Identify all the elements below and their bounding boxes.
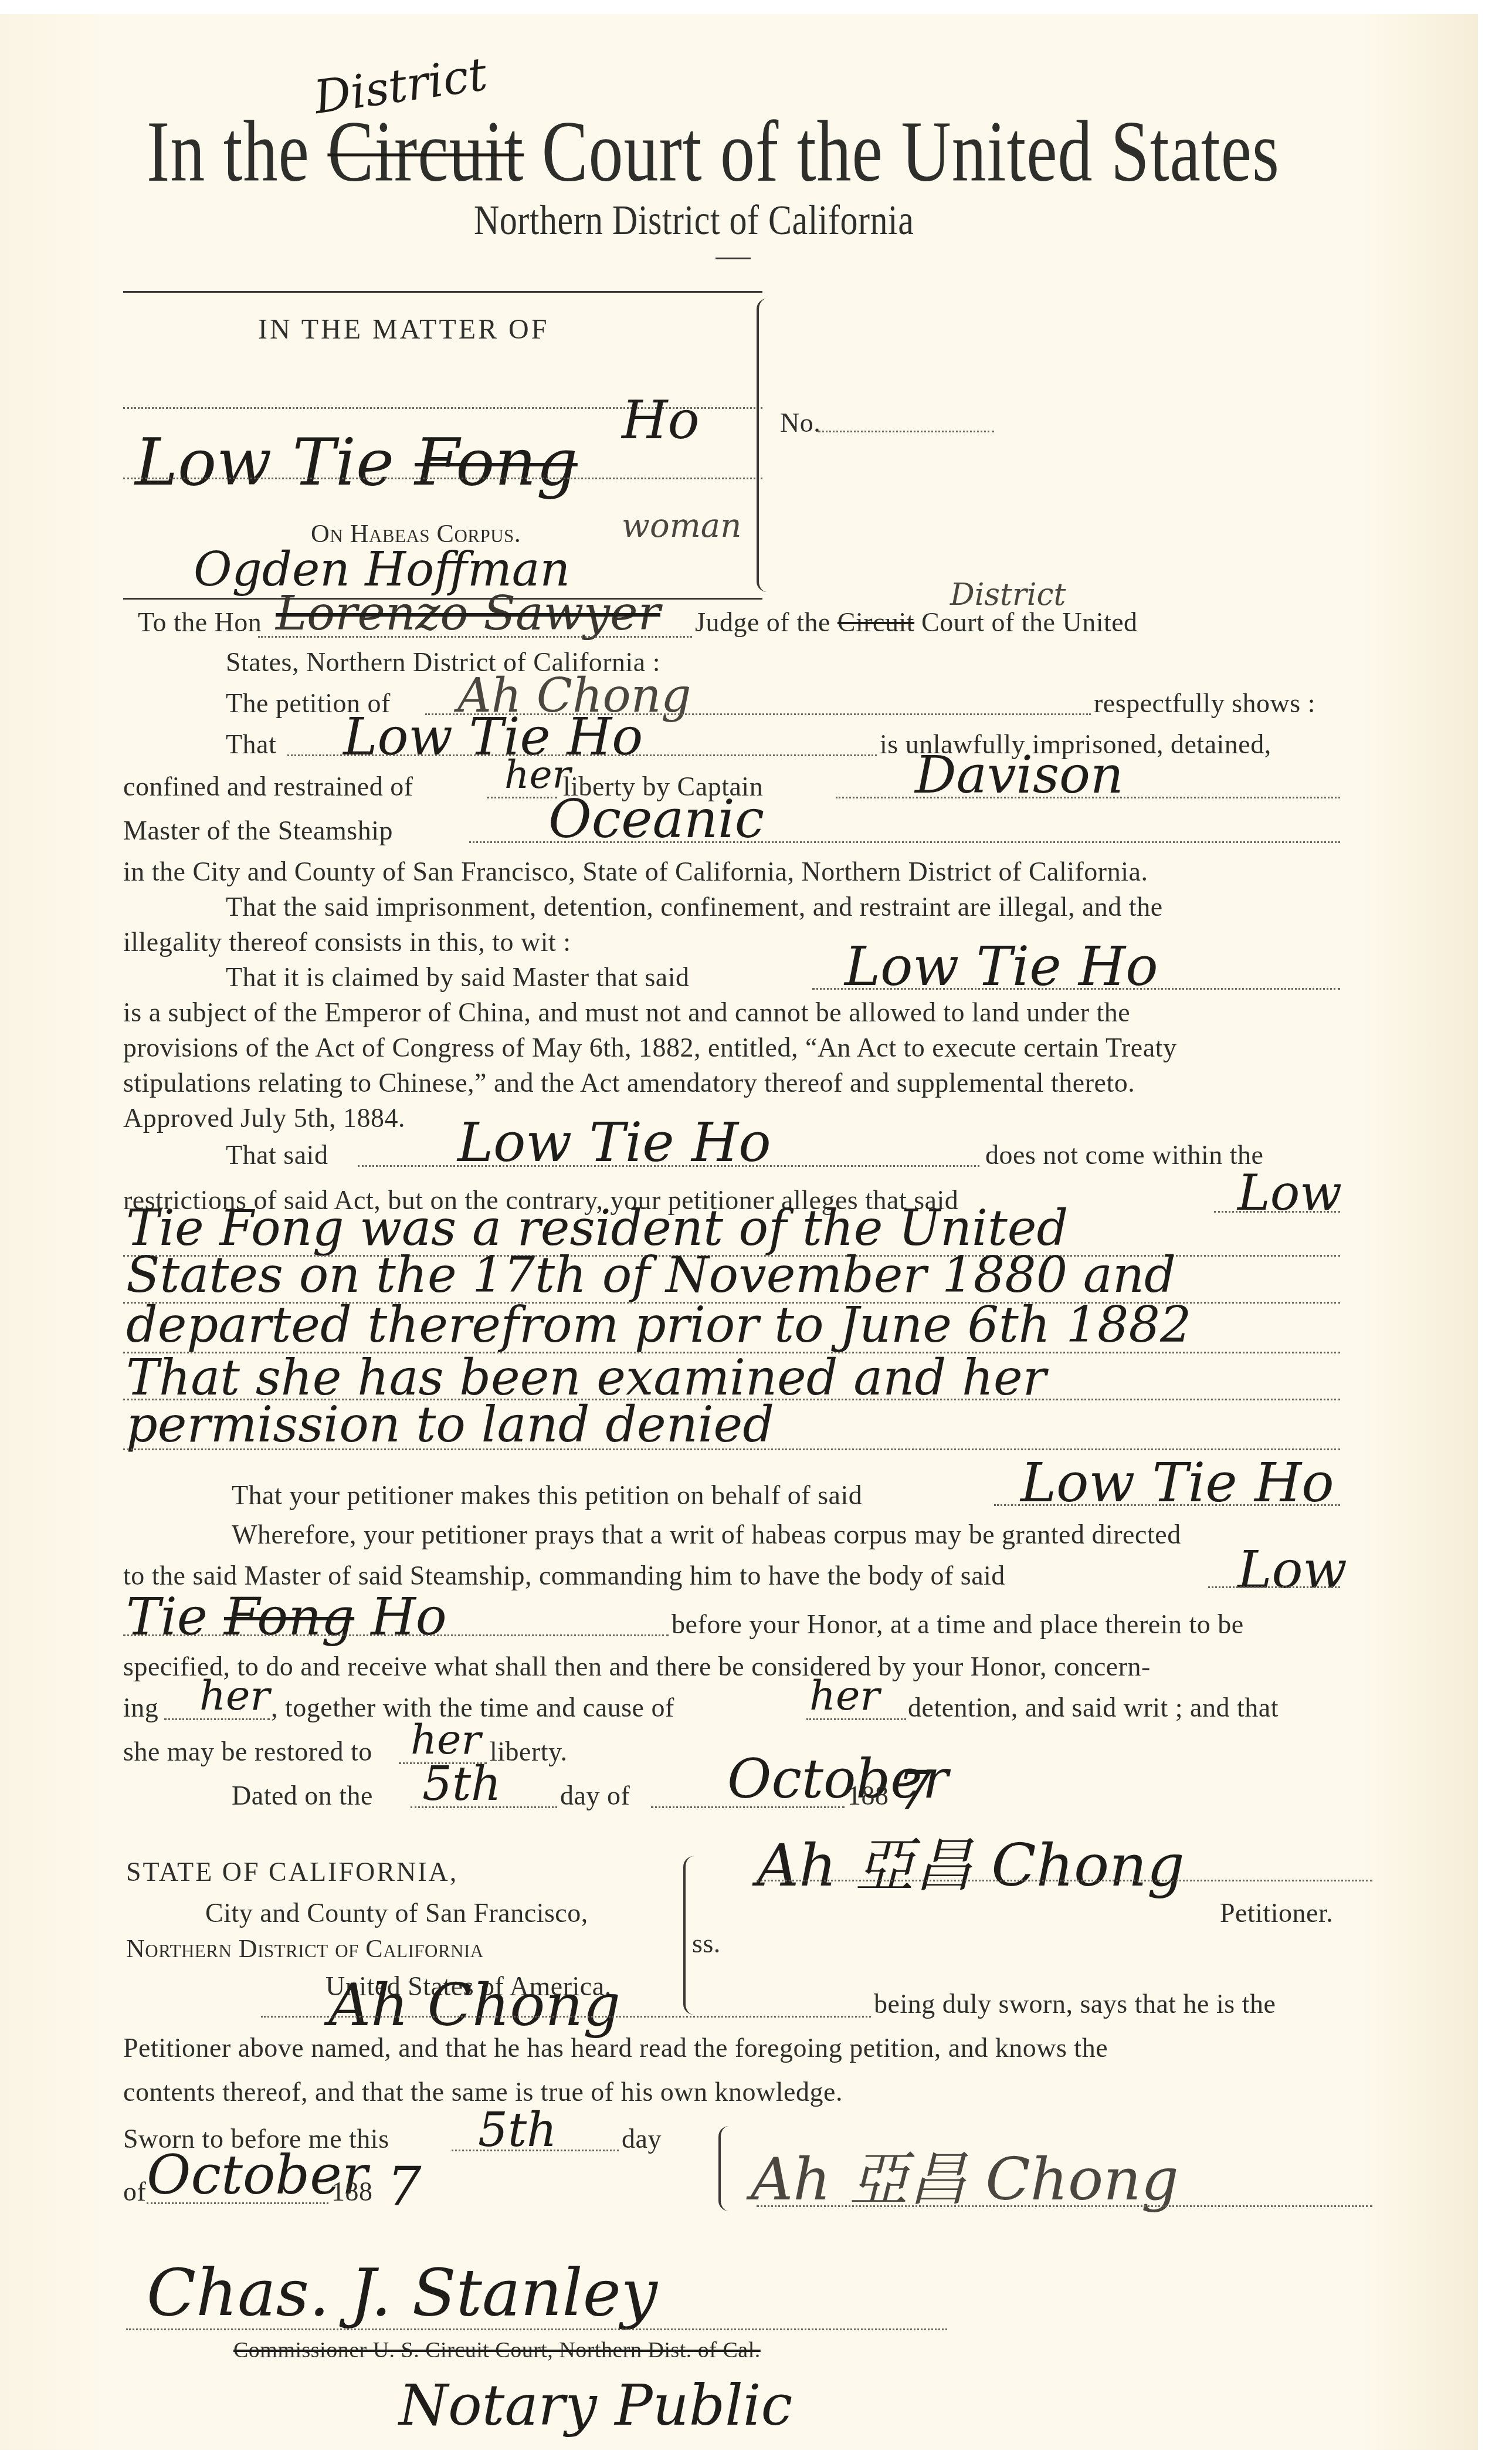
that-label: That xyxy=(226,729,276,760)
caption-brace xyxy=(757,299,776,592)
judge-of-the: Judge of the xyxy=(695,607,830,637)
affiant-field xyxy=(261,2016,871,2018)
dated-label: Dated on the xyxy=(232,1780,373,1811)
petitioner-label: Petitioner. xyxy=(1220,1897,1333,1928)
detention-field xyxy=(806,1718,906,1720)
title-prefix: In the xyxy=(147,104,310,200)
detainee-name-3: Low Tie Ho xyxy=(457,1111,771,1174)
dated-day-field xyxy=(411,1806,557,1808)
approved-line: Approved July 5th, 1884. xyxy=(123,1102,405,1133)
subject-line: is a subject of the Emperor of China, an… xyxy=(123,997,1130,1028)
detainee-field-2 xyxy=(812,988,1340,990)
allegation-field-5 xyxy=(123,1448,1340,1450)
affiant-signature-line xyxy=(757,2205,1372,2207)
allegation-line-0: Low xyxy=(1237,1164,1342,1221)
ing-field xyxy=(164,1718,270,1720)
allegation-line-2: States on the 17th of November 1880 and xyxy=(126,1246,1176,1304)
ing-pronoun: her xyxy=(199,1671,270,1720)
petitioner-signature-line xyxy=(757,1880,1372,1881)
sworn-month-field xyxy=(147,2202,328,2204)
caption-detainee-name: Low Tie Fong xyxy=(135,425,578,500)
liberty-label: liberty. xyxy=(490,1736,568,1767)
notary-signature: Chas. J. Stanley xyxy=(147,2255,657,2330)
sworn-line-2: Petitioner above named, and that he has … xyxy=(123,2032,1108,2063)
body-field-1 xyxy=(1208,1586,1340,1588)
judge-field xyxy=(258,636,692,638)
sworn-line-1: being duly sworn, says that he is the xyxy=(874,1988,1276,2019)
before-honor: before your Honor, at a time and place t… xyxy=(672,1609,1244,1640)
body-name-2-struck: Fong xyxy=(224,1586,354,1647)
commissioner-struck: Commissioner U. S. Circuit Court, Northe… xyxy=(233,2337,761,2363)
city-and-county: City and County of San Francisco, xyxy=(205,1897,588,1928)
court-subtitle: Northern District of California xyxy=(474,196,914,245)
subtitle-rule xyxy=(716,258,751,259)
affiant-name: Ah Chong xyxy=(328,1971,620,2039)
she-label: she may be restored to xyxy=(123,1736,372,1767)
that-said-label: That said xyxy=(226,1139,328,1170)
detainee-field-4 xyxy=(994,1504,1340,1506)
allegation-line-5: permission to land denied xyxy=(126,1396,774,1453)
of-label: of xyxy=(123,2176,146,2207)
claimed-label: That it is claimed by said Master that s… xyxy=(226,962,690,993)
captain-name: Davison xyxy=(915,744,1124,805)
dated-month-field xyxy=(651,1806,845,1808)
document-page: In the Circuit Court of the United State… xyxy=(0,14,1478,2450)
notary-signature-line xyxy=(126,2328,947,2330)
day-of-label: day of xyxy=(560,1780,630,1811)
master-label: Master of the Steamship xyxy=(123,815,393,846)
woman-annotation: woman xyxy=(622,507,741,545)
caption-name-base: Low Tie xyxy=(135,425,394,500)
case-number-field[interactable] xyxy=(818,431,994,432)
wherefore-line: Wherefore, your petitioner prays that a … xyxy=(232,1519,1181,1550)
sworn-brace xyxy=(718,2126,729,2211)
state-of-california: STATE OF CALIFORNIA, xyxy=(126,1856,458,1887)
in-the-matter-of: IN THE MATTER OF xyxy=(258,313,549,346)
year-suffix: 7 xyxy=(897,1759,932,1822)
illegal-line-1: That the said imprisonment, detention, c… xyxy=(226,891,1163,922)
judge-struck-name: Lorenzo Sawyer xyxy=(276,586,660,641)
specified-line: specified, to do and receive what shall … xyxy=(123,1651,1151,1682)
title-suffix: Court of the United States xyxy=(542,104,1280,200)
body-name-2-base: Tie xyxy=(126,1586,208,1647)
pronoun-field-1 xyxy=(487,797,557,798)
body-name-1: Low xyxy=(1237,1539,1347,1600)
northern-district: Northern District of California xyxy=(126,1934,484,1964)
year-prefix: 188 xyxy=(847,1780,889,1811)
petitioner-signature: Ah 亞昌 Chong xyxy=(757,1818,1185,1903)
caption-top-rule xyxy=(123,291,762,293)
case-number-label: No. xyxy=(780,407,820,438)
sworn-day-field xyxy=(452,2150,619,2151)
sworn-year-prefix: 188 xyxy=(331,2176,373,2207)
sworn-year-suffix: 7 xyxy=(387,2155,422,2218)
caption-name-correction: Ho xyxy=(622,390,700,451)
court-title: In the Circuit Court of the United State… xyxy=(147,102,1280,202)
day-label: day xyxy=(622,2123,662,2154)
notary-title: Notary Public xyxy=(399,2372,792,2438)
detainee-name-1: Low Tie Ho xyxy=(343,706,643,767)
does-not-come: does not come within the xyxy=(985,1139,1263,1170)
stipulations-line: stipulations relating to Chinese,” and t… xyxy=(123,1067,1135,1098)
affiant-signature: Ah 亞昌 Chong xyxy=(751,2132,1179,2216)
behalf-label: That your petitioner makes this petition… xyxy=(232,1480,862,1511)
judge-of-the-line: Judge of the Circuit Court of the United xyxy=(695,607,1138,638)
detainee-field-3 xyxy=(358,1165,979,1167)
caption-name-struck: Fong xyxy=(415,425,578,500)
illegal-line-2: illegality thereof consists in this, to … xyxy=(123,926,571,957)
ss-label: ss. xyxy=(692,1928,721,1959)
confined-label: confined and restrained of xyxy=(123,771,413,802)
city-line: in the City and County of San Francisco,… xyxy=(123,856,1148,887)
respectfully-shows: respectfully shows : xyxy=(1094,688,1315,719)
body-name-2-correction: Ho xyxy=(371,1586,447,1647)
allegation-line-3: departed therefrom prior to June 6th 188… xyxy=(126,1296,1191,1353)
body-field-2 xyxy=(123,1634,669,1636)
detainee-field-1 xyxy=(287,754,877,756)
court-inserted-district: District xyxy=(950,577,1066,612)
dated-day: 5th xyxy=(422,1756,501,1811)
caption-line-2 xyxy=(123,478,762,479)
to-the-hon: To the Hon xyxy=(138,607,262,638)
detention-pronoun: her xyxy=(809,1671,880,1720)
ing-label: ing xyxy=(123,1692,158,1723)
detention-rest: detention, and said writ ; and that xyxy=(908,1692,1279,1723)
provisions-line: provisions of the Act of Congress of May… xyxy=(123,1032,1176,1063)
steamship-field xyxy=(469,841,1340,843)
court-struck-circuit: Circuit xyxy=(837,607,914,637)
body-name-2: Tie Fong Ho xyxy=(126,1586,447,1647)
captain-field xyxy=(836,797,1340,798)
